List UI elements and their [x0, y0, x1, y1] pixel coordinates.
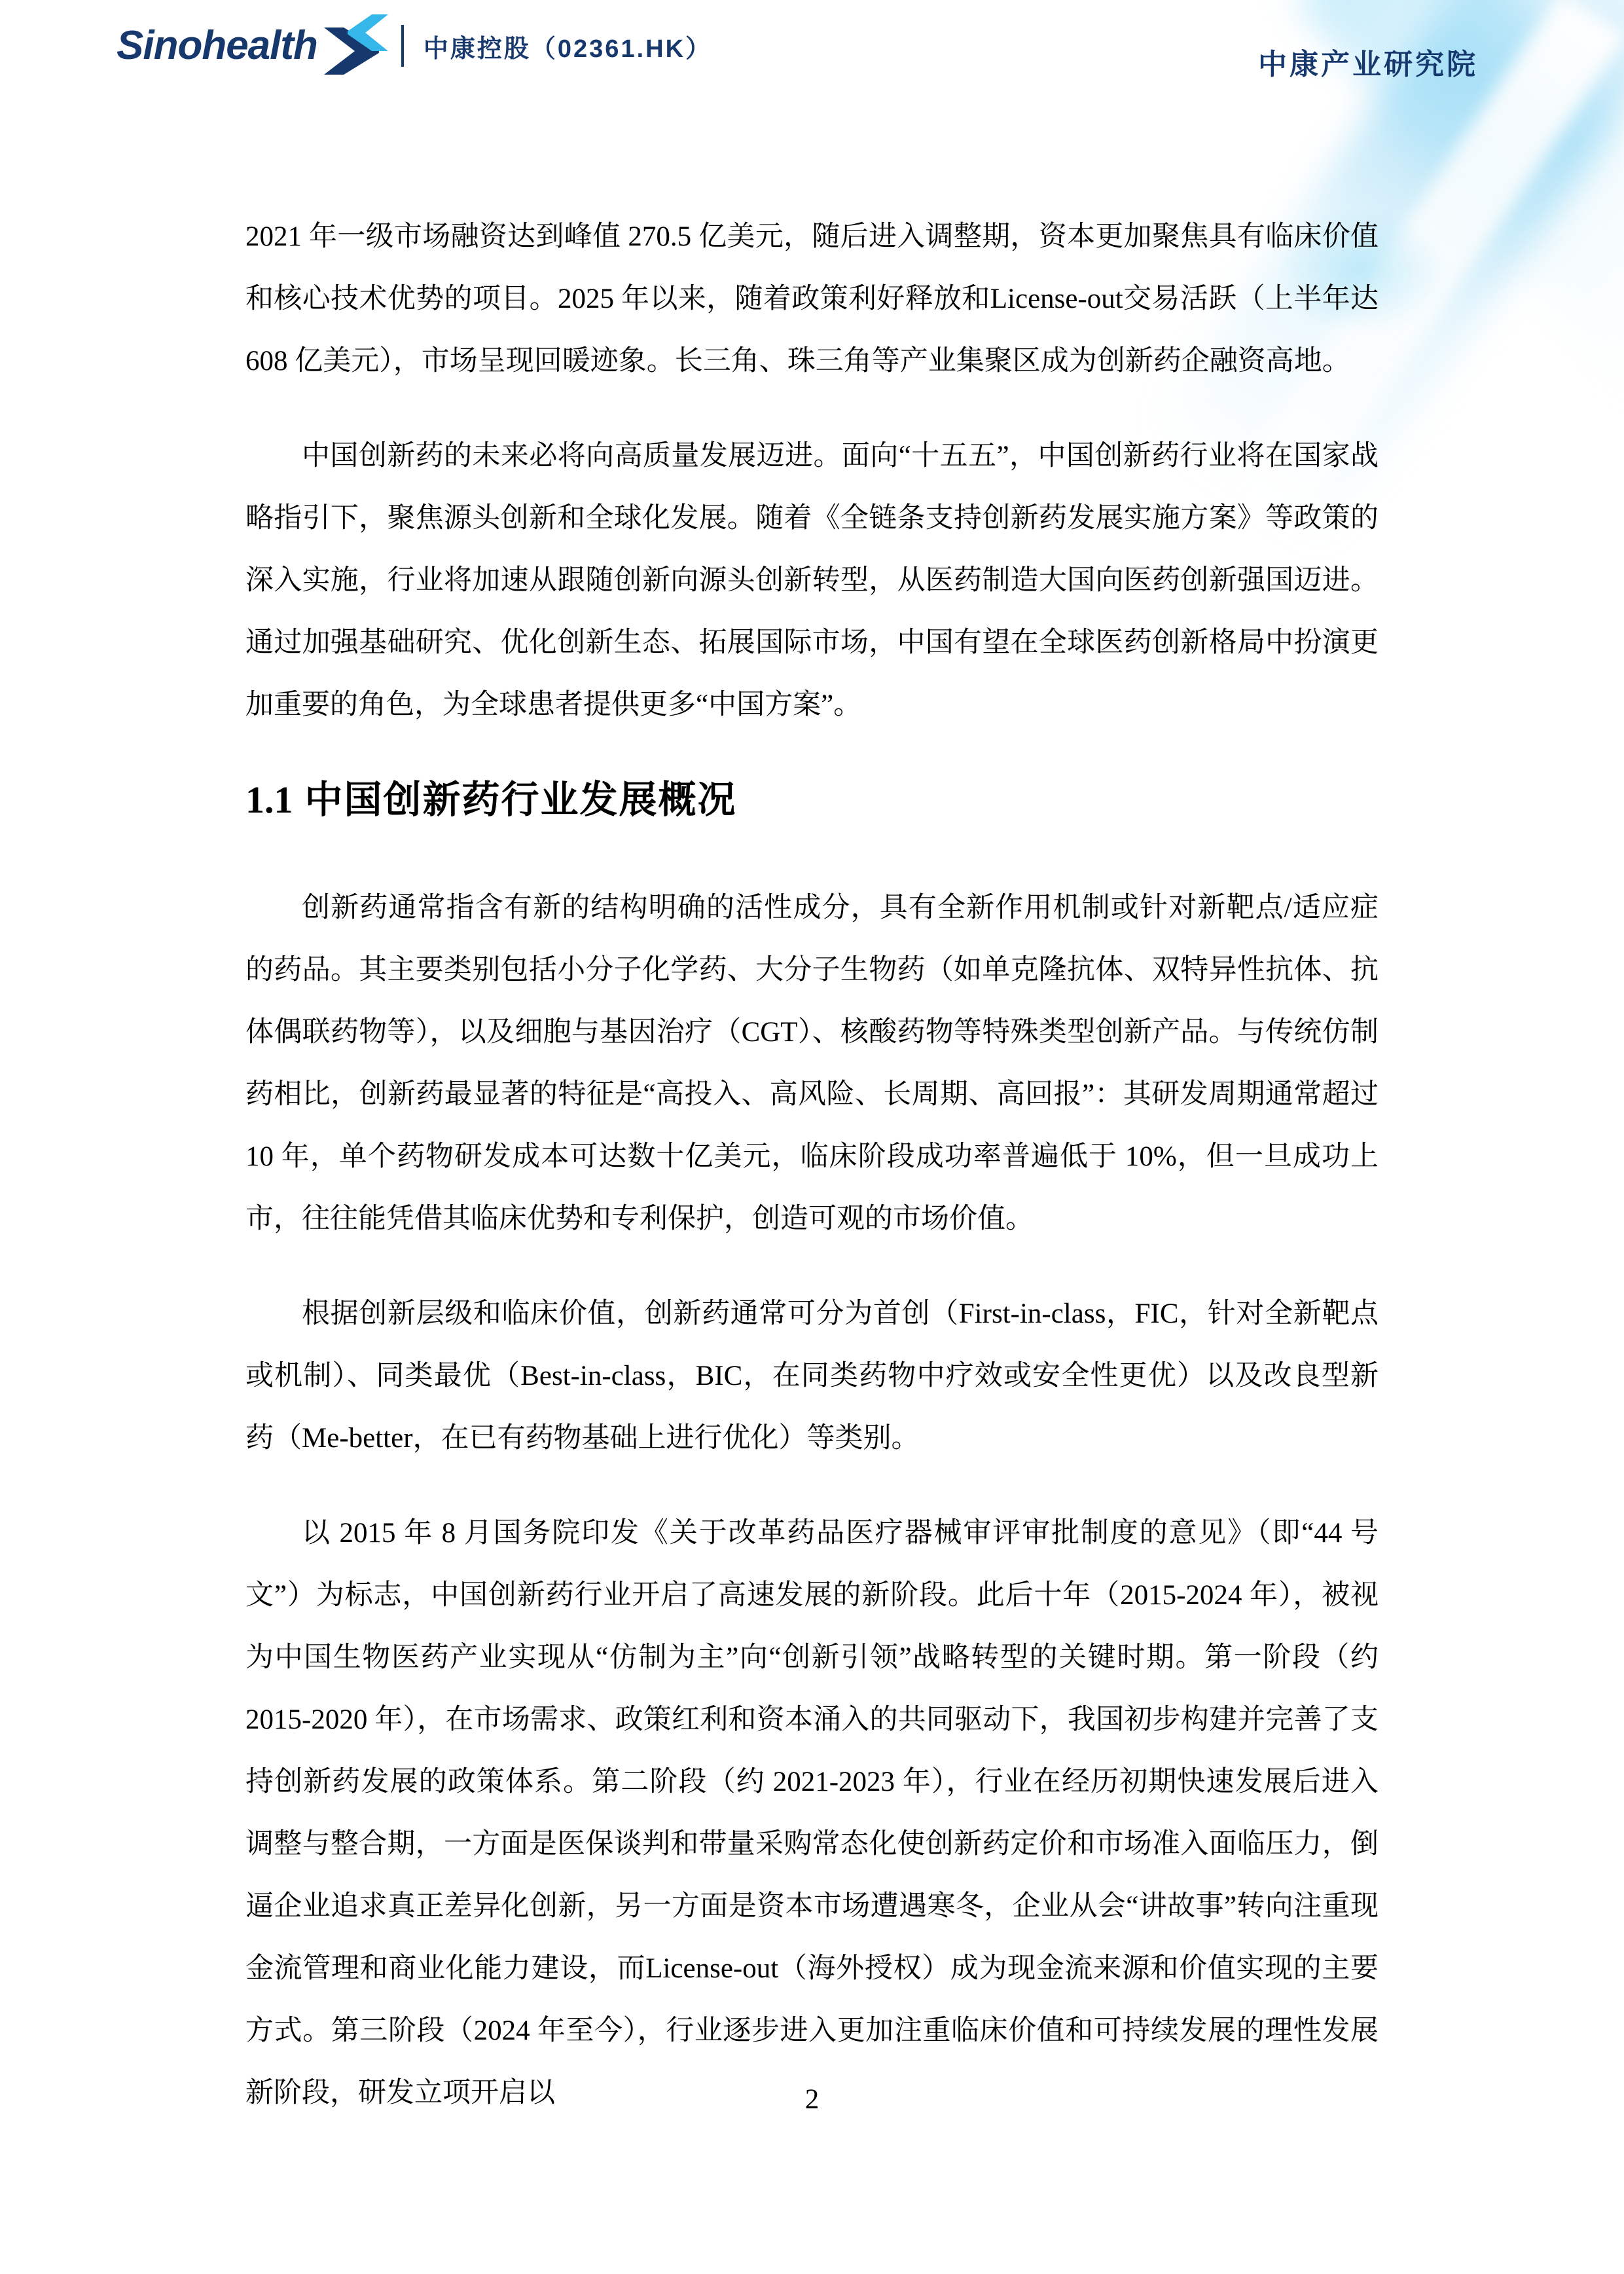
page-number: 2 — [805, 2084, 820, 2115]
section-title: 中国创新药行业发展概况 — [305, 779, 737, 821]
paragraph: 根据创新层级和临床价值，创新药通常可分为首创（First-in-class，FI… — [245, 1283, 1379, 1469]
logo: Sinohealth 中康控股（02361.HK） — [117, 18, 712, 73]
logo-wordmark: Sinohealth — [117, 26, 317, 66]
document-page: Sinohealth 中康控股（02361.HK） 中康产业研究院 2021 年… — [0, 0, 1624, 2274]
section-number: 1.1 — [245, 779, 293, 821]
page-footer: 2 — [0, 2083, 1624, 2116]
logo-divider — [401, 25, 404, 67]
section-heading: 1.1中国创新药行业发展概况 — [245, 772, 1379, 828]
logo-chevron-icon — [321, 18, 384, 73]
paragraph: 以 2015 年 8 月国务院印发《关于改革药品医疗器械审评审批制度的意见》（即… — [245, 1502, 1379, 2124]
institute-name: 中康产业研究院 — [1258, 41, 1478, 83]
document-body: 2021 年一级市场融资达到峰值 270.5 亿美元，随后进入调整期，资本更加聚… — [245, 206, 1379, 2157]
paragraph: 创新药通常指含有新的结构明确的活性成分，具有全新作用机制或针对新靶点/适应症的药… — [245, 877, 1379, 1250]
company-name: 中康控股（02361.HK） — [424, 28, 712, 64]
paragraph: 中国创新药的未来必将向高质量发展迈进。面向“十五五”，中国创新药行业将在国家战略… — [245, 425, 1379, 736]
paragraph: 2021 年一级市场融资达到峰值 270.5 亿美元，随后进入调整期，资本更加聚… — [245, 206, 1379, 392]
